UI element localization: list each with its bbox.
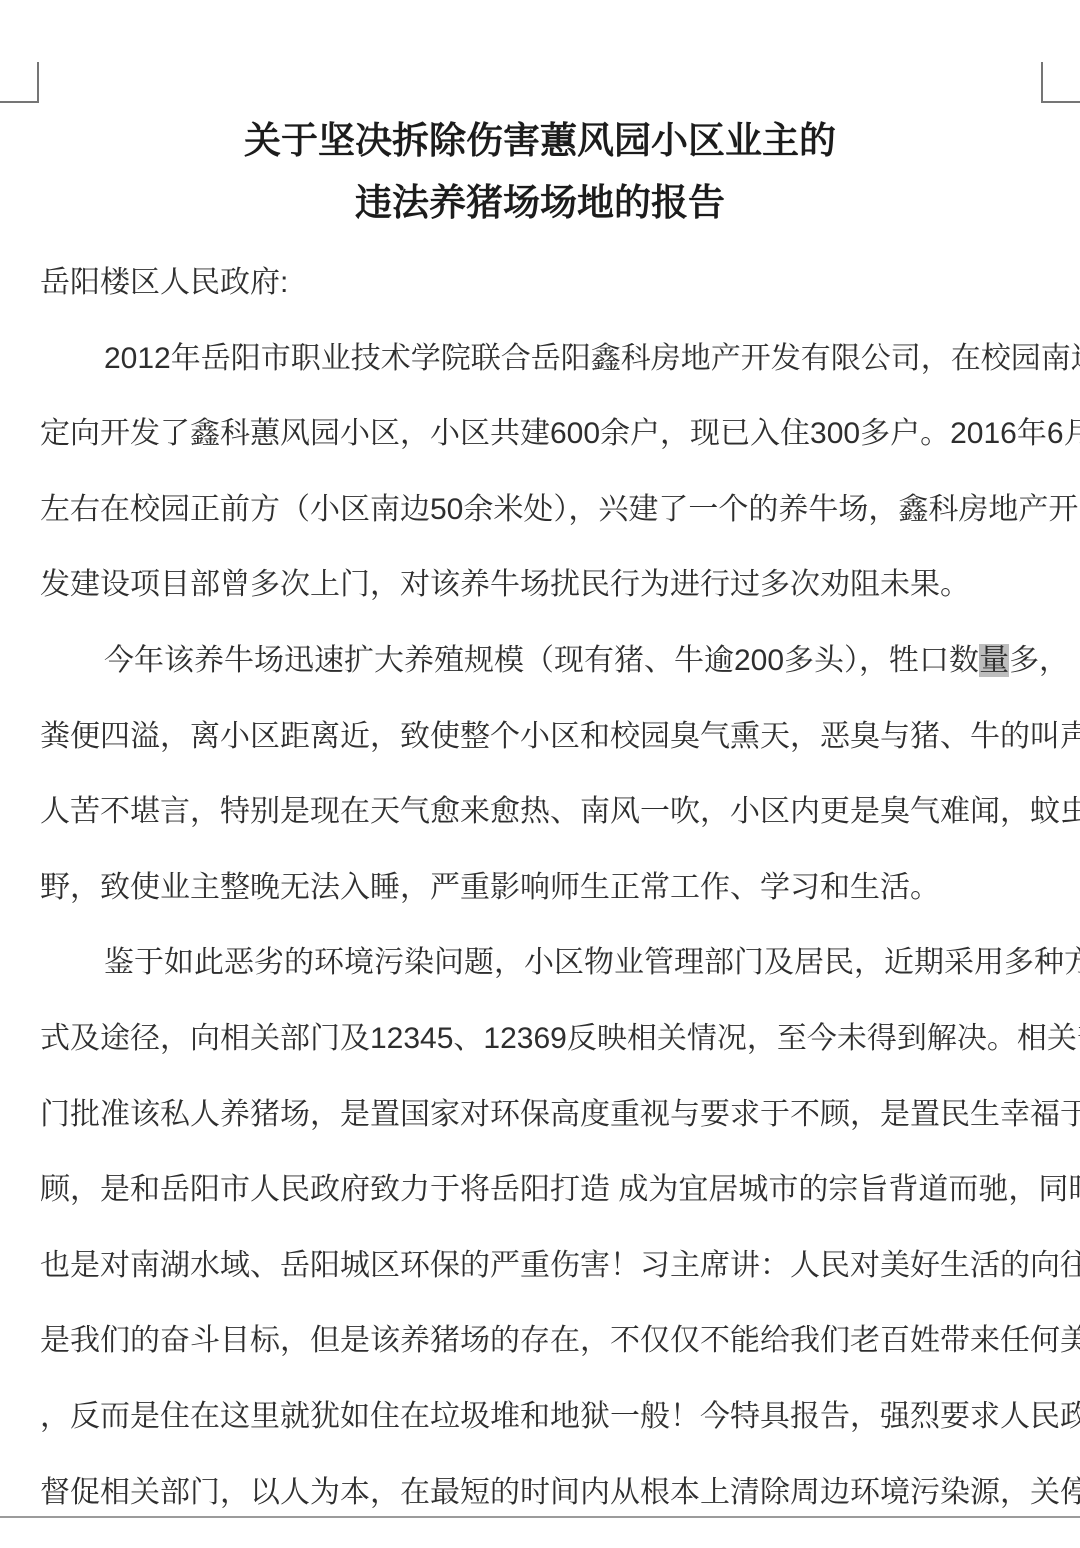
text-line: 今年该养牛场迅速扩大养殖规模（现有猪、牛逾200多头），牲口数量多，	[40, 623, 1040, 699]
paragraph: 今年该养牛场迅速扩大养殖规模（现有猪、牛逾200多头），牲口数量多，粪便四溢，离…	[40, 623, 1040, 925]
text-line: 定向开发了鑫科蕙风园小区，小区共建600余户，现已入住300多户。2016年6月	[40, 396, 1040, 472]
page-margin-mark-top-right-horizontal	[1041, 101, 1080, 103]
page-title: 关于坚决拆除伤害蕙风园小区业主的 违法养猪场场地的报告	[40, 110, 1040, 234]
page-margin-mark-top-left-horizontal	[0, 101, 39, 103]
text-line: 是我们的奋斗目标，但是该养猪场的存在，不仅仅不能给我们老百姓带来任何美好	[40, 1303, 1040, 1379]
text-line: 督促相关部门，以人为本，在最短的时间内从根本上清除周边环境污染源，关停该	[40, 1455, 1040, 1531]
highlighted-char: 量	[979, 644, 1009, 677]
bottom-page-edge-line	[0, 1516, 1080, 1518]
text-line: 门批准该私人养猪场，是置国家对环保高度重视与要求于不顾，是置民生幸福于不	[40, 1077, 1040, 1153]
page-margin-mark-top-right-vertical	[1041, 62, 1043, 103]
text-line: 2012年岳阳市职业技术学院联合岳阳鑫科房地产开发有限公司，在校园南边	[40, 321, 1040, 397]
salutation: 岳阳楼区人民政府:	[40, 245, 1040, 321]
text-line: 顾，是和岳阳市人民政府致力于将岳阳打造 成为宜居城市的宗旨背道而驰，同时	[40, 1152, 1040, 1228]
page-margin-mark-top-left-vertical	[37, 62, 39, 103]
paragraph: 2012年岳阳市职业技术学院联合岳阳鑫科房地产开发有限公司，在校园南边定向开发了…	[40, 321, 1040, 623]
text-line: 式及途径，向相关部门及12345、12369反映相关情况，至今未得到解决。相关部	[40, 1001, 1040, 1077]
text-line: 也是对南湖水域、岳阳城区环保的严重伤害！习主席讲：人民对美好生活的向往就	[40, 1228, 1040, 1304]
document-page: 关于坚决拆除伤害蕙风园小区业主的 违法养猪场场地的报告 岳阳楼区人民政府: 20…	[0, 0, 1080, 1548]
document-text-area: 关于坚决拆除伤害蕙风园小区业主的 违法养猪场场地的报告 岳阳楼区人民政府: 20…	[40, 110, 1040, 1530]
text-line: ，反而是住在这里就犹如住在垃圾堆和地狱一般！今特具报告，强烈要求人民政府	[40, 1379, 1040, 1455]
text-line: 鉴于如此恶劣的环境污染问题，小区物业管理部门及居民，近期采用多种方	[40, 925, 1040, 1001]
text-line: 野，致使业主整晚无法入睡，严重影响师生正常工作、学习和生活。	[40, 850, 1040, 926]
text-line: 人苦不堪言，特别是现在天气愈来愈热、南风一吹，小区内更是臭气难闻，蚊虫遍	[40, 774, 1040, 850]
text-line: 发建设项目部曾多次上门，对该养牛场扰民行为进行过多次劝阻未果。	[40, 547, 1040, 623]
text-line: 粪便四溢，离小区距离近，致使整个小区和校园臭气熏天，恶臭与猪、牛的叫声让	[40, 699, 1040, 775]
title-line-2: 违法养猪场场地的报告	[40, 172, 1040, 234]
paragraph: 鉴于如此恶劣的环境污染问题，小区物业管理部门及居民，近期采用多种方式及途径，向相…	[40, 925, 1040, 1530]
title-line-1: 关于坚决拆除伤害蕙风园小区业主的	[40, 110, 1040, 172]
document-body: 2012年岳阳市职业技术学院联合岳阳鑫科房地产开发有限公司，在校园南边定向开发了…	[40, 321, 1040, 1531]
text-line: 左右在校园正前方（小区南边50余米处），兴建了一个的养牛场，鑫科房地产开	[40, 472, 1040, 548]
